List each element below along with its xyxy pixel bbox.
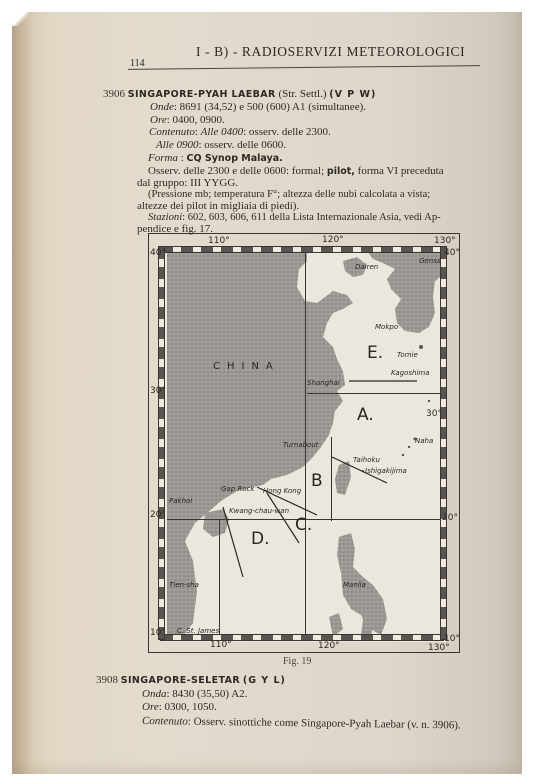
figure-caption: Fig. 19 [283,656,311,667]
contenuto-sub1-value: : osserv. delle 2300. [243,126,331,138]
place-hong-kong: Hong Kong [263,487,301,495]
callsign: (V P W) [329,89,376,100]
ore-label: Ore [142,701,159,713]
onde-line: Onde: 8691 (34,52) e 500 (600) A1 (simul… [150,101,366,113]
parallel-30 [307,393,443,394]
tick-lon-110-bottom: 110° [210,640,232,650]
stazioni-line: Stazioni: 602, 603, 606, 611 della Lista… [148,212,441,223]
tick-lat-20-right: 20° [442,513,458,523]
zone-b-boundary [331,437,332,521]
osserv-text-1: Osserv. delle 2300 e delle 0600: formal; [148,165,324,177]
entry-number: 3908 [96,674,118,686]
place-kwang-chau-wan: Kwang-chau-wan [229,507,289,515]
place-turnabout: Turnabout [283,441,319,449]
tick-lat-40-left: 40° [150,248,166,258]
ore-value: : 0300, 1050. [159,701,217,713]
ore-label: Ore [150,114,167,126]
page-corner-fold [12,12,28,26]
contenuto-sub1-label: Alle 0400 [201,126,243,138]
tick-lat-30-left: 30° [150,386,166,396]
place-gap-rock: Gap Rock [221,485,254,493]
osserv-line-2: dal gruppo: III YYGG. [137,177,238,189]
forma-line: Forma : CQ Synop Malaya. [148,152,283,164]
country-label-china: CHINA [213,361,280,372]
ore-line: Ore: 0300, 1050. [142,701,217,713]
place-pakhoi: Pakhoi [169,497,192,505]
map-scale-left [158,246,165,640]
tick-lat-20-left: 20° [150,510,166,520]
entry-3906-heading: 3906 SINGAPORE-PYAH LAEBAR (Str. Settl.)… [103,88,376,100]
page-gutter-shadow [12,12,34,774]
place-taihoku: Taihoku [353,456,380,464]
pressione-line-2: altezze dei pilot in migliaia di piedi). [137,200,299,212]
zone-d-boundary [219,519,220,639]
tick-lat-40-right: 40° [444,248,460,258]
contenuto-label: Contenuto [142,715,188,728]
tick-lon-130-top: 130° [434,236,456,246]
tick-lon-120-bottom: 120° [318,641,340,651]
zone-a-label: A. [357,405,374,425]
osserv-text-2: forma VI preceduta [358,165,444,177]
onda-line: Onda: 8430 (35,50) A2. [142,688,247,700]
tick-lat-30-right: 30° [426,409,442,419]
contenuto-sub2-line: Alle 0900: osserv. delle 0600. [156,139,286,151]
forma-label: Forma [148,152,178,164]
onde-value: : 8691 (34,52) e 500 (600) A1 (simultane… [174,101,366,113]
onde-label: Onde [150,101,174,113]
ore-line: Ore: 0400, 0900. [150,114,225,126]
stazioni-value: : 602, 603, 606, 611 della Lista Interna… [182,212,441,223]
place-tomie: Tomie [397,351,418,359]
place-manila: Manila [343,581,366,589]
osserv-pilot: pilot, [327,166,355,177]
place-gensa: Gensa [419,257,441,265]
place-kagoshima: Kagoshima [391,369,430,377]
onda-label: Onda [142,688,166,700]
map-scale-bottom [160,634,444,641]
tick-lon-110-top: 110° [208,236,230,246]
zone-b-label: B [311,471,323,491]
place-dairen: Dairen [355,263,378,271]
zone-e-label: E. [367,343,383,363]
entry-3908-heading: 3908 SINGAPORE-SELETAR (G Y L) [96,674,286,686]
map-area: CHINA E. A. B C. D. Dairen Gensa Mokpo T… [164,248,446,642]
map-scale-top [160,246,444,253]
page-header: 114 I - B) - RADIOSERVIZI METEOROLOGICI [130,42,480,68]
running-title: I - B) - RADIOSERVIZI METEOROLOGICI [196,44,465,60]
stazioni-label: Stazioni [148,212,182,223]
place-tien-sha: Tien-sha [169,581,199,589]
ore-value: : 0400, 0900. [167,114,225,126]
contenuto-sub2-value: : osserv. delle 0600. [198,139,286,151]
pressione-line-1: (Pressione mb; temperatura F°; altezza d… [148,189,430,200]
place-ishigakijima: Ishigakijima [365,467,407,475]
zone-c-label: C. [295,515,312,535]
station-region: (Str. Settl.) [279,88,327,100]
page-number: 114 [130,58,145,69]
place-shanghai: Shanghai [307,379,340,387]
place-mokpo: Mokpo [375,323,398,331]
zone-d-label: D. [251,529,270,549]
map-scale-right [440,246,447,640]
tick-lon-130-bottom: 130° [428,643,450,653]
callsign: (G Y L) [243,675,286,686]
tick-lat-10-left: 10° [150,628,166,638]
osserv-line: Osserv. delle 2300 e delle 0600: formal;… [148,165,483,177]
station-name: SINGAPORE-PYAH LAEBAR [128,89,276,100]
place-naha: Naha [415,437,433,445]
station-name: SINGAPORE-SELETAR [121,675,240,686]
tick-lon-120-top: 120° [322,235,344,245]
onda-value: : 8430 (35,50) A2. [166,688,247,700]
contenuto-line: Contenuto: Alle 0400: osserv. delle 2300… [149,126,331,138]
entry-number: 3906 [103,88,125,100]
contenuto-sub2-label: Alle 0900 [156,139,198,151]
contenuto-label: Contenuto [149,126,195,138]
forma-value: CQ Synop Malaya. [187,153,283,164]
